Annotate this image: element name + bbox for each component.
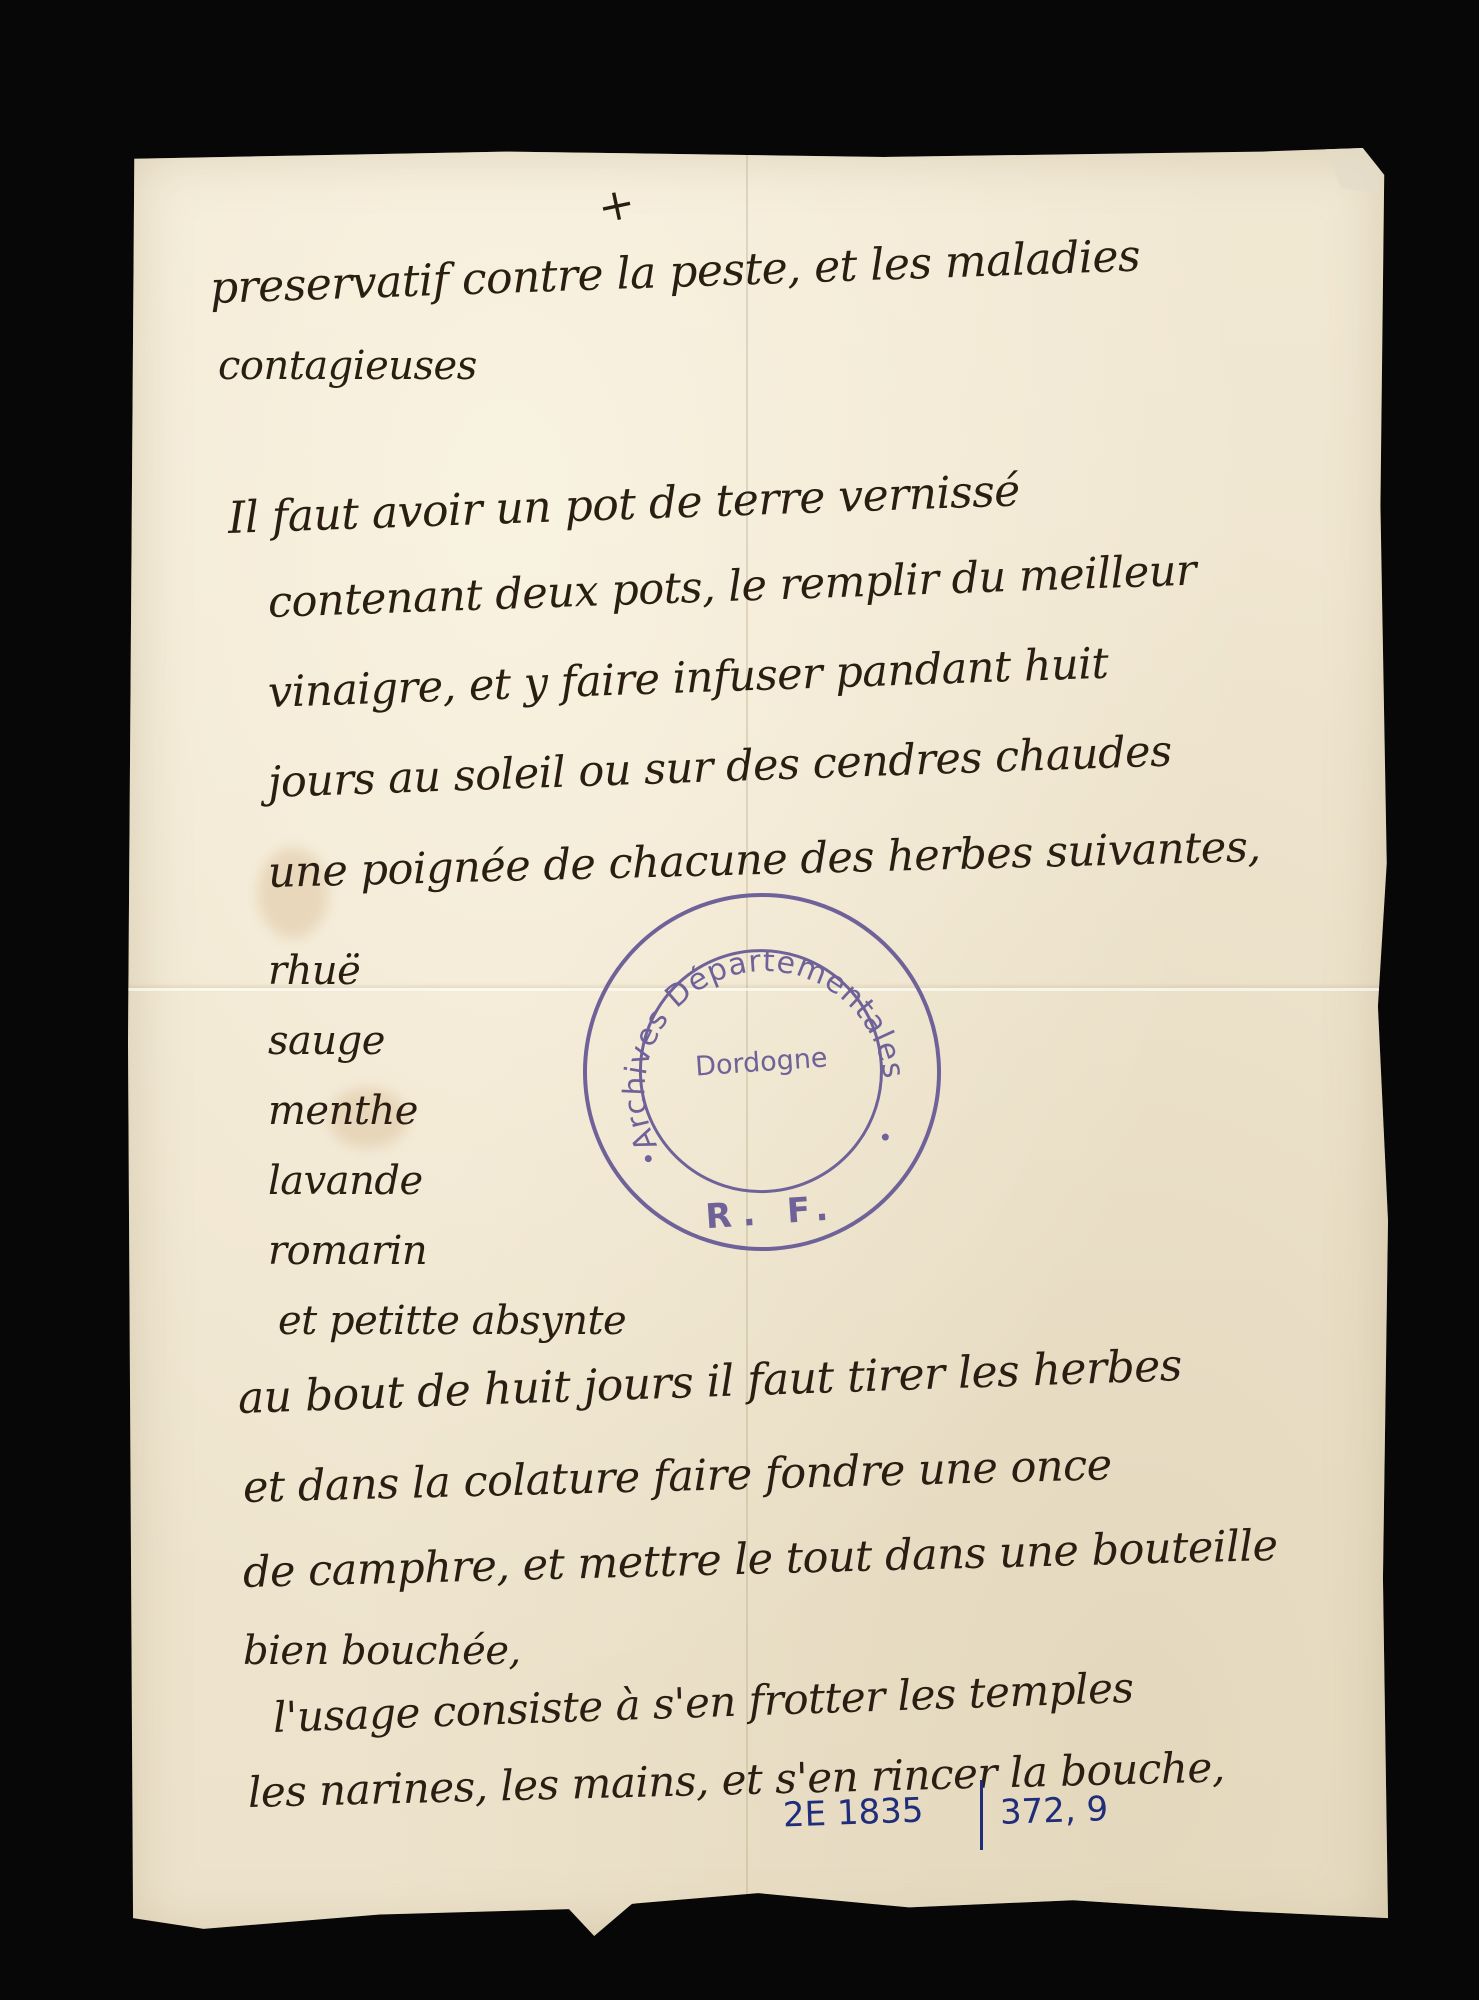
instruction-line-5: l'usage consiste à s'en frotter les temp… [272,1663,1134,1742]
folded-corner [1325,148,1380,193]
body-line-4: jours au soleil ou sur des cendres chaud… [267,726,1172,808]
herb-item: rhuë [268,948,360,994]
herb-item: sauge [268,1018,385,1064]
body-line-5: une poignée de chacune des herbes suivan… [267,822,1261,898]
archive-stamp: Archives Départementales Dordogne R. F. [571,881,953,1263]
herb-item: romarin [268,1228,427,1274]
manuscript-page: + preservatif contre la peste, et les ma… [128,148,1388,1936]
title-line-1: preservatif contre la peste, et les mala… [209,231,1141,314]
body-line-3: vinaigre, et y faire infuser pandant hui… [267,639,1109,718]
body-line-1: Il faut avoir un pot de terre vernissé [227,465,1020,544]
instruction-line-2: et dans la colature faire fondre une onc… [242,1440,1112,1513]
herb-item: menthe [268,1088,418,1134]
herb-item: lavande [268,1158,423,1204]
body-line-2: contenant deux pots, le remplir du meill… [267,546,1197,628]
reference-separator [980,1780,983,1850]
herb-item: et petitte absynte [278,1298,626,1344]
instruction-line-3: de camphre, et mettre le tout dans une b… [242,1521,1278,1598]
archive-series-reference: 2E 1835 [782,1791,924,1836]
instruction-line-1: au bout de huit jours il faut tirer les … [237,1340,1182,1424]
header-cross-mark: + [593,177,640,235]
archive-item-reference: 372, 9 [999,1789,1108,1833]
instruction-line-4: bien bouchée, [243,1628,521,1674]
title-line-2: contagieuses [218,343,477,389]
